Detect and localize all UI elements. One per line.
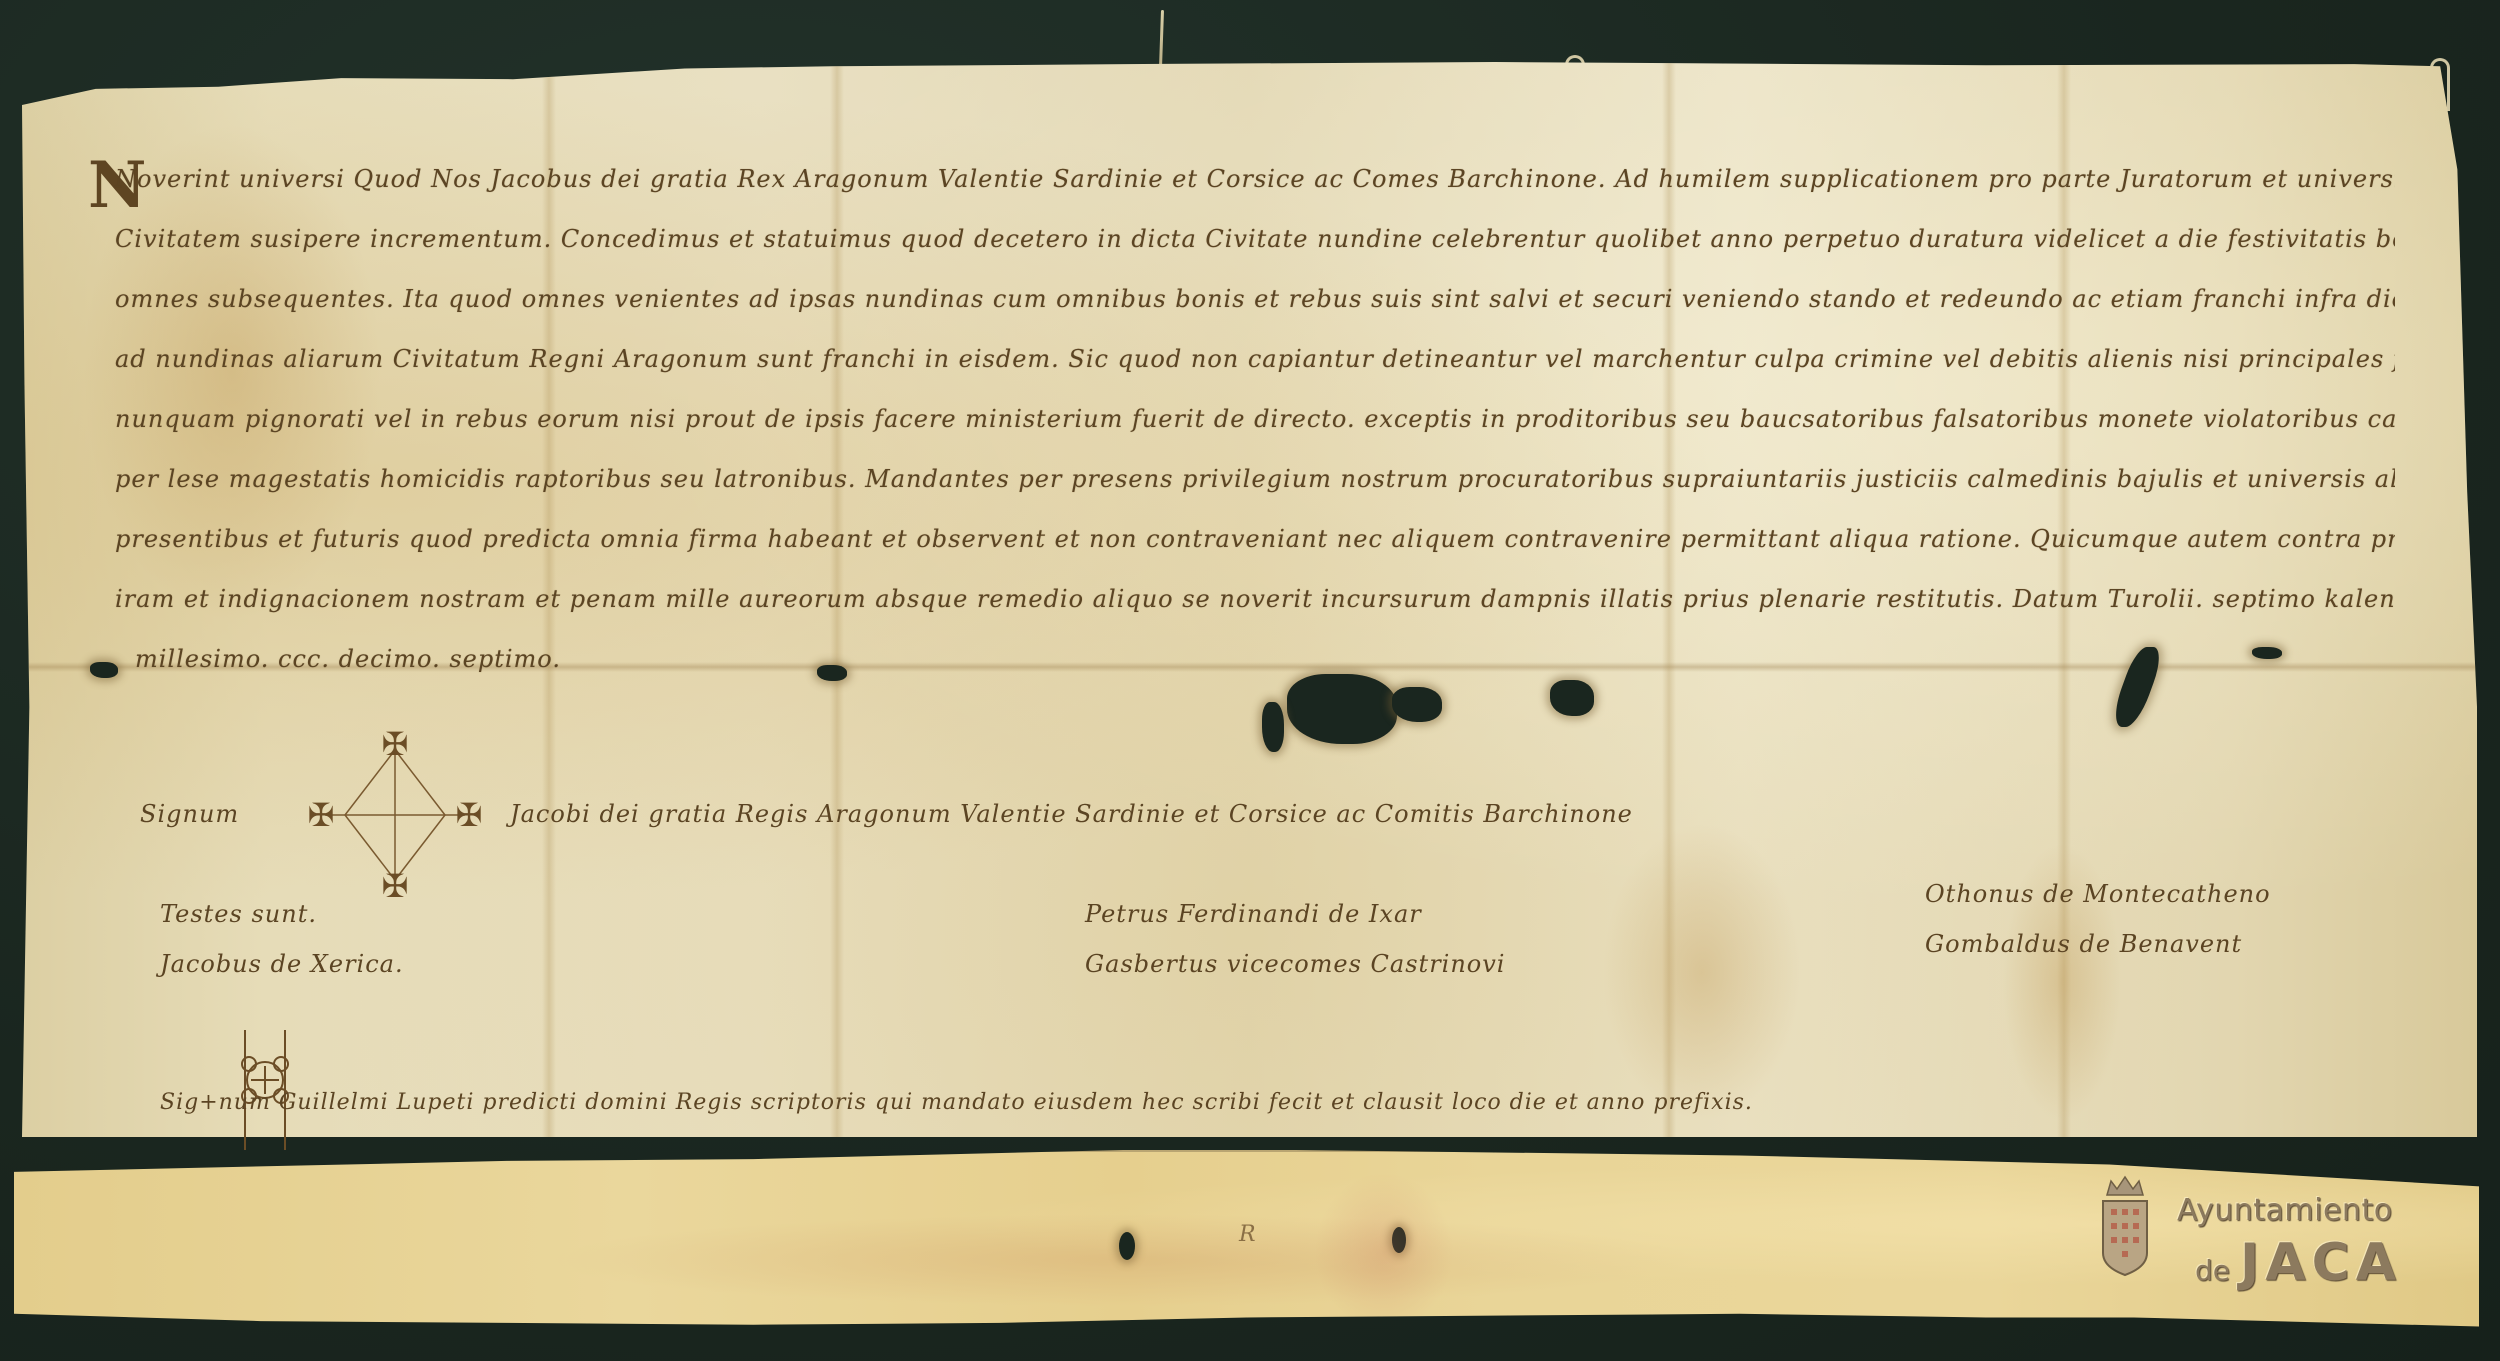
- witness-name: Petrus Ferdinandi de Ixar: [1085, 900, 1422, 928]
- text-line: ad nundinas aliarum Civitatum Regni Arag…: [95, 345, 2395, 405]
- cross-pattee-icon: ✠: [453, 799, 485, 831]
- text-line: presentibus et futuris quod predicta omn…: [95, 525, 2395, 585]
- text-line: iram et indignacionem nostram et penam m…: [95, 585, 2395, 645]
- witness-name: Gasbertus vicecomes Castrinovi: [1085, 950, 1505, 978]
- witness-name: Gombaldus de Benavent: [1925, 930, 2242, 958]
- watermark-jaca: JACA: [2240, 1233, 2402, 1293]
- text-line: omnes subsequentes. Ita quod omnes venie…: [95, 285, 2395, 345]
- seal-cord-hole: [1119, 1232, 1135, 1260]
- witness-name: Jacobus de Xerica.: [160, 950, 404, 978]
- cross-pattee-icon: ✠: [379, 728, 411, 760]
- cross-pattee-icon: ✠: [305, 799, 337, 831]
- damage-hole: [1262, 702, 1284, 752]
- watermark-line2: deJACA: [2195, 1233, 2402, 1293]
- stain: [1602, 822, 1802, 1122]
- text-line: Civitatem susipere incrementum. Concedim…: [95, 225, 2395, 285]
- watermark-line1: Ayuntamiento: [2177, 1193, 2393, 1228]
- witness-name: Othonus de Montecatheno: [1925, 880, 2271, 908]
- stain: [1314, 1172, 1454, 1332]
- cross-pattee-icon: ✠: [379, 870, 411, 902]
- charter-text: Noverint universi Quod Nos Jacobus dei g…: [95, 165, 2395, 705]
- scribe-subscription: Sig+num Guillelmi Lupeti predicti domini…: [160, 1090, 1753, 1115]
- witnesses-heading: Testes sunt.: [160, 900, 317, 928]
- plica-note: R: [1239, 1222, 1257, 1247]
- royal-signum: ✠ ✠ ✠ ✠: [300, 720, 490, 920]
- text-line: nunquam pignorati vel in rebus eorum nis…: [95, 405, 2395, 465]
- text-line: Noverint universi Quod Nos Jacobus dei g…: [95, 165, 2395, 225]
- text-line: per lese magestatis homicidis raptoribus…: [95, 465, 2395, 525]
- text-line: millesimo. ccc. decimo. septimo.: [95, 645, 2395, 705]
- watermark-de: de: [2195, 1254, 2230, 1287]
- signum-text: Jacobi dei gratia Regis Aragonum Valenti…: [510, 800, 1633, 828]
- ayuntamiento-jaca-watermark: Ayuntamiento deJACA: [2095, 1175, 2395, 1295]
- signum-label: Signum: [140, 800, 239, 828]
- coat-of-arms-icon: [2095, 1175, 2155, 1283]
